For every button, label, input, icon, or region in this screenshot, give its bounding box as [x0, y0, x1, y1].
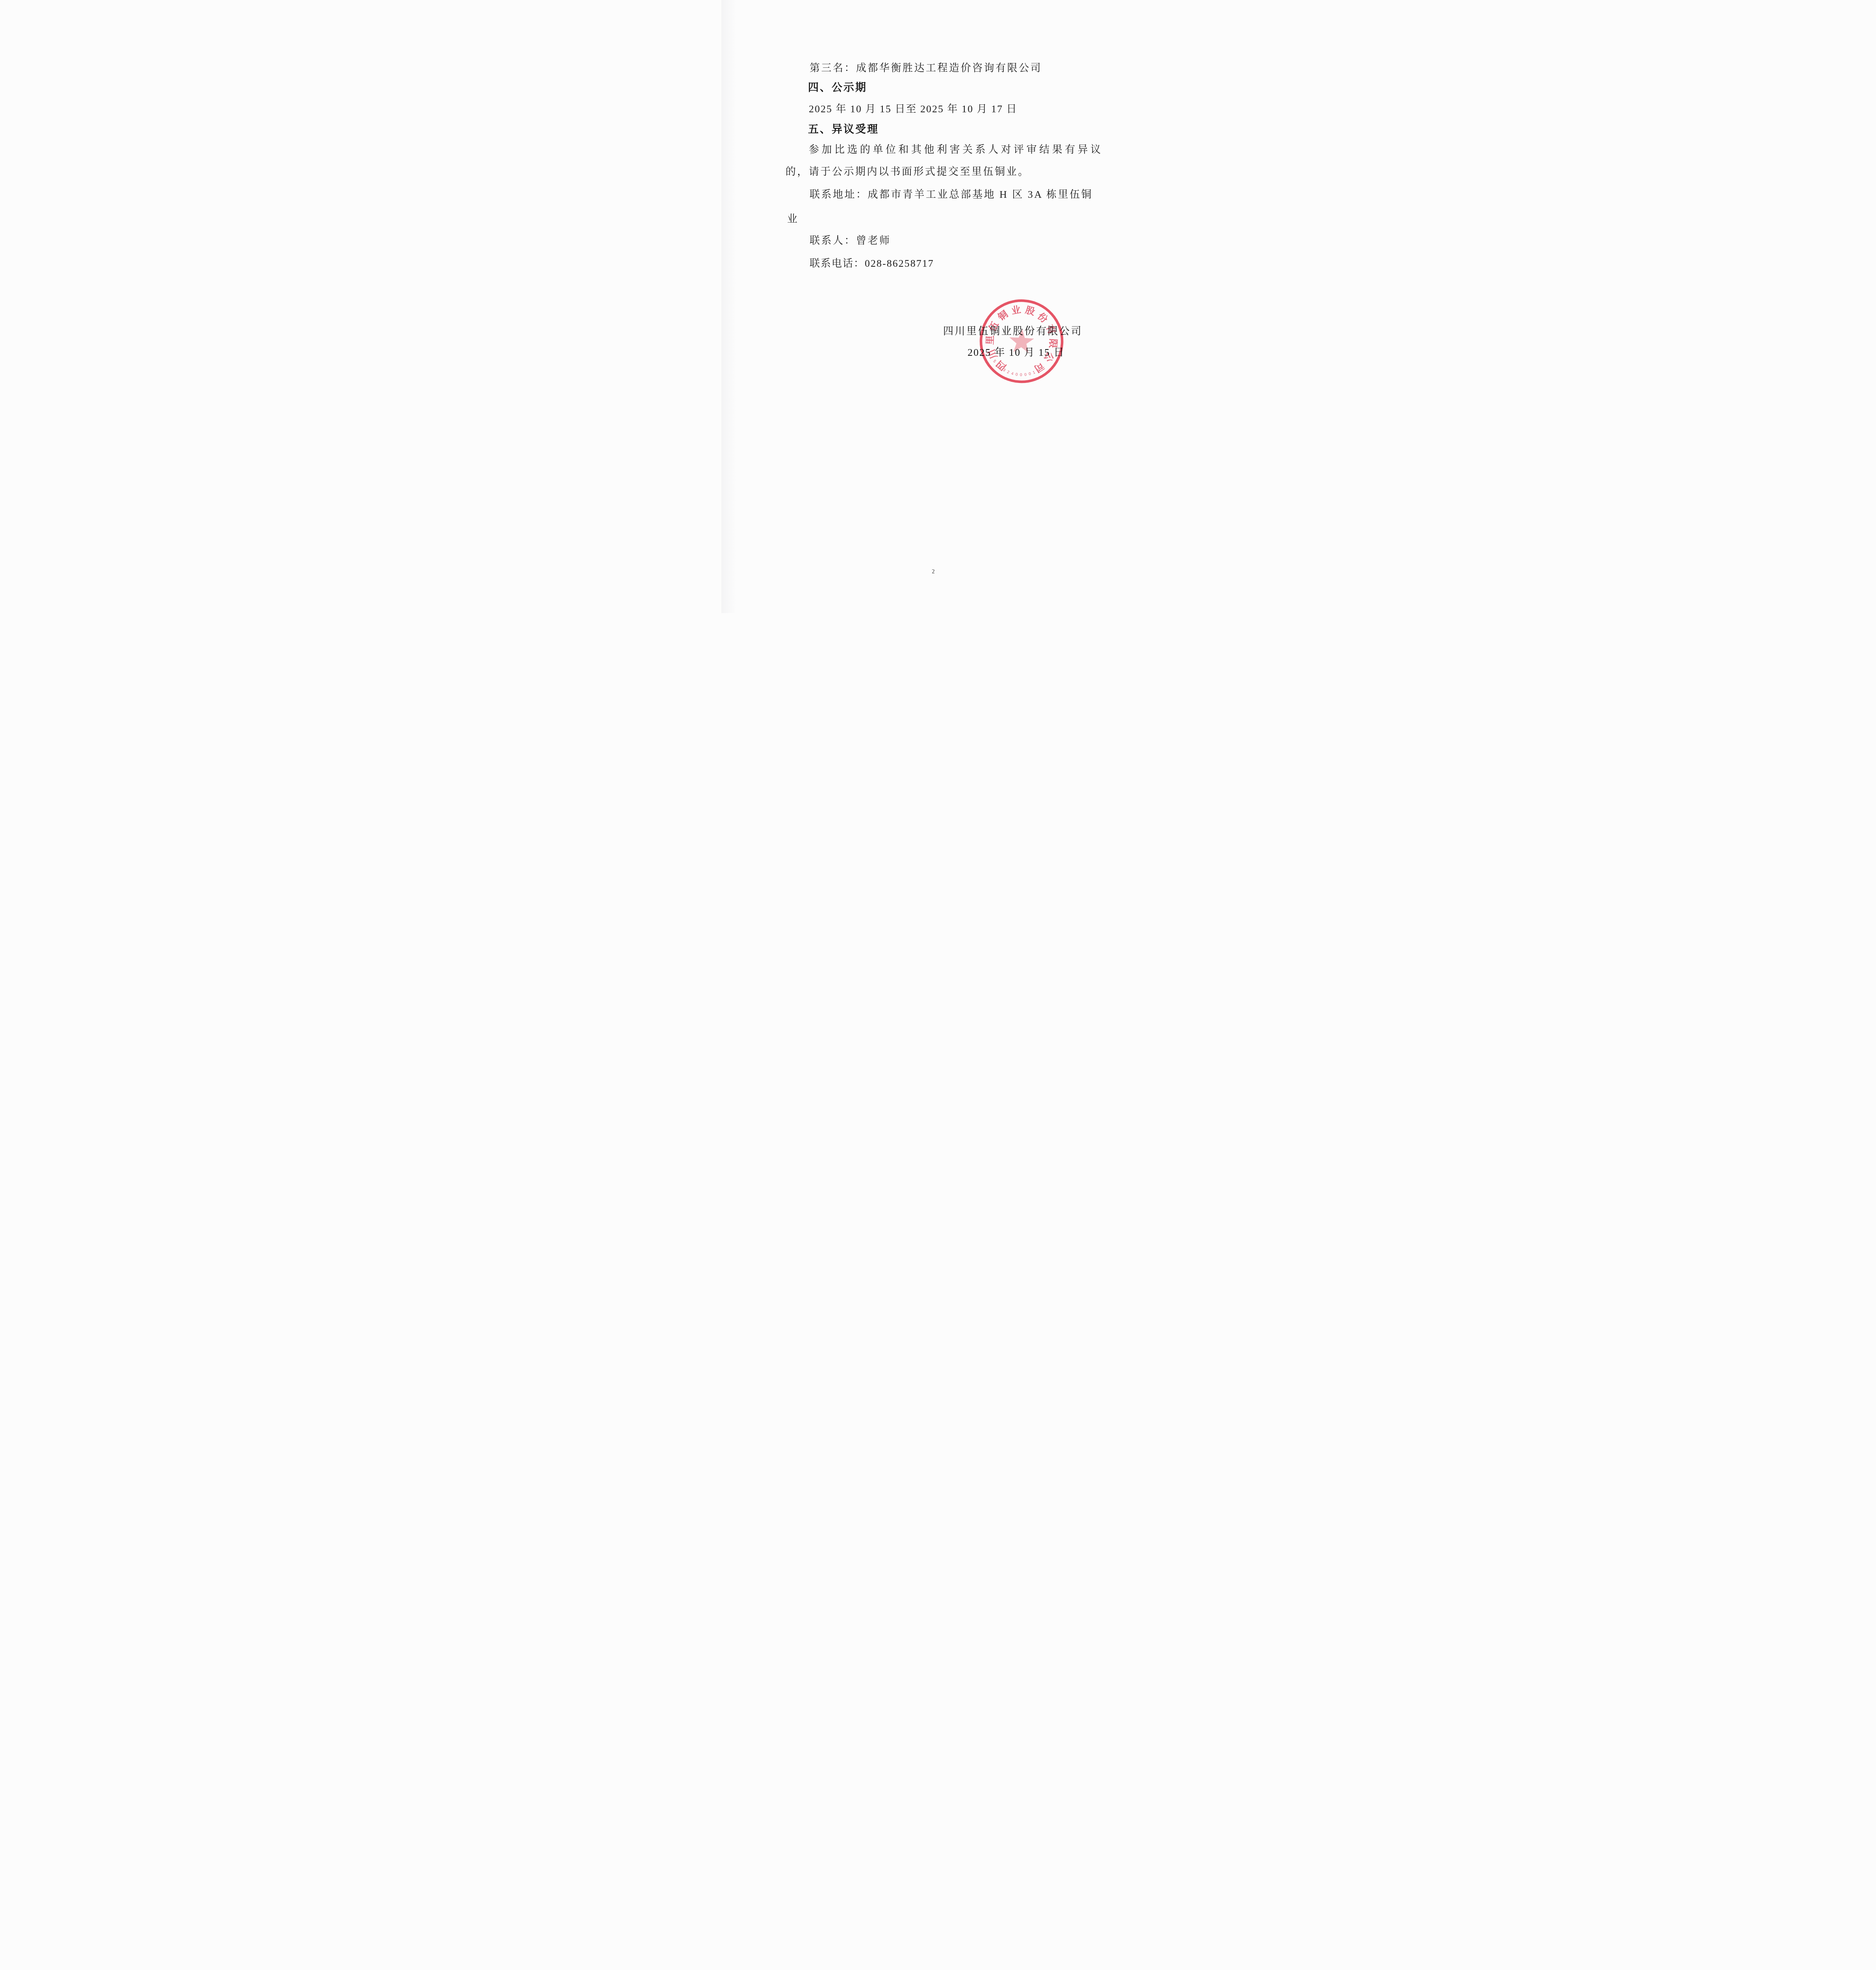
- seal-ring-char: 铜: [996, 309, 1010, 323]
- seal-star-icon: [1009, 328, 1035, 353]
- page-number: 2: [721, 569, 1145, 575]
- line-contact-person: 联系人：曾老师: [810, 236, 891, 246]
- seal-ring-char: 有: [1044, 323, 1058, 336]
- seal-ring-char: 份: [1035, 311, 1049, 325]
- seal-ring-char: 里: [985, 335, 996, 345]
- line-contact-address: 联系地址：成都市青羊工业总部基地 H 区 3A 栋里伍铜: [810, 190, 1093, 200]
- line-contact-phone: 联系电话：028-86258717: [810, 258, 934, 269]
- seal-ring-char: 业: [1010, 304, 1022, 316]
- line-contact-address-wrap: 业: [787, 214, 798, 224]
- heading-publicity-period: 四、公示期: [808, 82, 867, 93]
- line-publicity-dates: 2025 年 10 月 15 日至 2025 年 10 月 17 日: [809, 104, 1018, 114]
- seal-ring-char: 股: [1024, 305, 1036, 318]
- line-objection-2: 的，请于公示期内以书面形式提交至里伍铜业。: [786, 167, 1030, 177]
- heading-objection-handling: 五、异议受理: [808, 124, 879, 135]
- seal-ring-char: 限: [1047, 338, 1059, 349]
- seal-ring-char: 公: [1042, 350, 1055, 364]
- line-third-place: 第三名：成都华衡胜达工程造价咨询有限公司: [810, 63, 1042, 73]
- line-objection-1: 参加比选的单位和其他利害关系人对评审结果有异议: [809, 145, 1103, 155]
- seal-ring-char: 川: [986, 348, 1000, 361]
- document-page: 第三名：成都华衡胜达工程造价咨询有限公司 四、公示期 2025 年 10 月 1…: [721, 0, 1155, 613]
- seal-ring-char: 伍: [986, 320, 1001, 333]
- company-seal: 5133240000104 四川里伍铜业股份有限公司: [974, 293, 1069, 390]
